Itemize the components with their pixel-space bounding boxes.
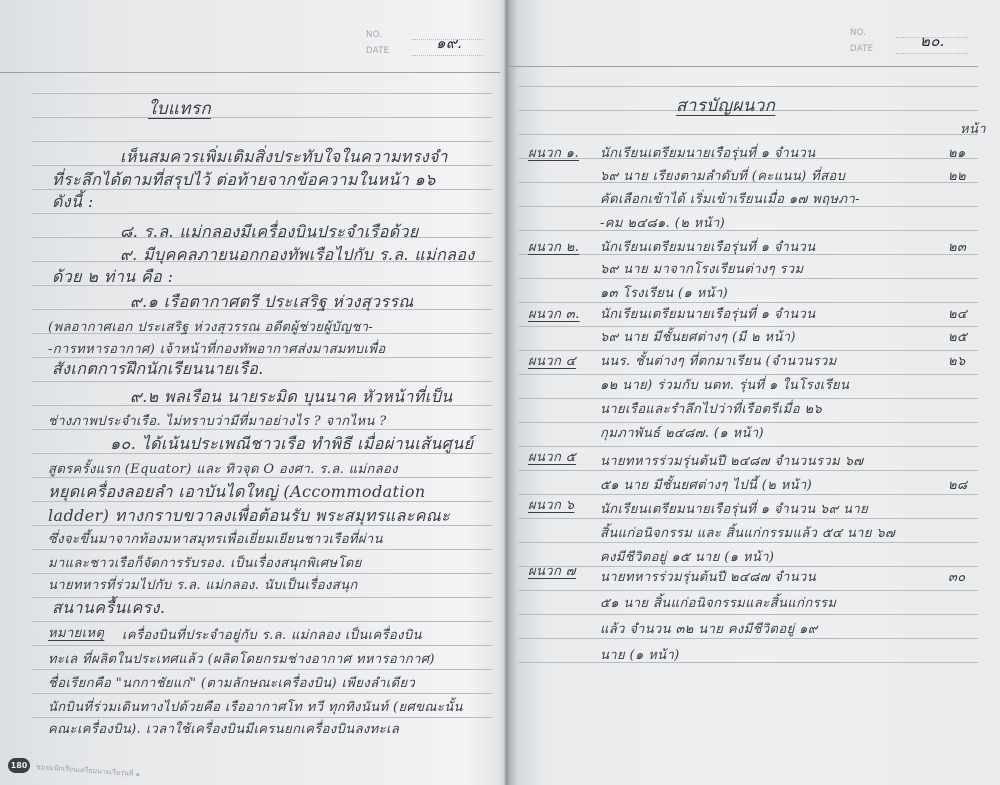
page-ref: ๒๘ [948,474,967,495]
annex-label: ผนวก ๑. [528,142,579,163]
open-notebook: NO. DATE ๑๙. ใบแทรก เห็นส [0,0,1000,785]
page-ref: ๒๕ [948,326,967,347]
text-line: ช่างภาพประจำเรือ. ไม่ทราบว่ามีที่มาอย่าง… [48,410,387,431]
page-ref: ๒๖ [948,350,966,371]
entry-line: ๖๙ นาย มีชั้นยศต่างๆ (มี ๒ หน้า) [600,326,796,347]
text-line: คณะเครื่องบิน). เวลาใช้เครื่องบินมีเครนย… [48,718,399,739]
entry-line: คงมีชีวิตอยู่ ๑๕ นาย (๑ หน้า) [600,546,774,567]
text-line: -การทหารอากาศ) เจ้าหน้าที่กองทัพอากาศส่ง… [48,338,386,359]
note-label: หมายเหตุ [48,622,104,643]
annex-label: ผนวก ๗ [528,560,576,581]
text-line: ซึ่งจะขึ้นมาจากท้องมหาสมุทรเพื่อเยี่ยมเย… [48,528,383,549]
entry-line: ๑๒ นาย) ร่วมกับ นตท. รุ่นที่ ๑ ในโรงเรีย… [600,374,849,395]
right-page: NO. DATE ๒๐. สารบัญผนวก หน้า [508,0,1000,785]
entry-line: นนร. ชั้นต่างๆ ที่ตกมาเรียน (จำนวนรวม [600,350,837,371]
annex-label: ผนวก ๔ [528,350,576,371]
text-line: ๘. ร.ล. แม่กลองมีเครื่องบินประจำเรือด้วย [120,220,419,245]
entry-line: ๕๑ นาย มีชั้นยศต่างๆ ไปนี้ (๒ หน้า) [600,474,812,495]
entry-line: ๕๑ นาย สิ้นแก่อนิจกรรมและสิ้นแก่กรรม [600,592,836,613]
annex-label: ผนวก ๖ [528,494,574,515]
entry-line: กุมภาพันธ์ ๒๔๘๗. (๑ หน้า) [600,422,764,443]
entry-line: นายทหารร่วมรุ่นต้นปี ๒๔๘๗ จำนวนรวม ๖๗ [600,450,863,471]
annex-label: ผนวก ๒. [528,236,579,257]
text-line: ชื่อเรียกคือ "นกกาชัยแก่" (ตามลักษณะเครื… [48,672,415,693]
entry-line: คัดเลือกเข้าได้ เริ่มเข้าเรียนเมื่อ ๑๗ พ… [600,188,860,209]
right-page-title: สารบัญผนวก [676,92,775,119]
page-ref: ๒๔ [948,303,967,324]
page-ref: ๒๓ [948,236,966,257]
text-line: หยุดเครื่องลอยลำ เอาบันไดใหญ่ (Accommoda… [48,480,426,505]
entry-line: -คม ๒๔๘๑. (๒ หน้า) [600,212,725,233]
text-line: มาและชาวเรือก็จัดการรับรอง. เป็นเรื่องสน… [48,552,362,573]
page-ref: ๒๒ [948,165,966,186]
entry-line: สิ้นแก่อนิจกรรม และ สิ้นแก่กรรมแล้ว ๕๔ น… [600,522,895,543]
text-line: สนานครื้นเครง. [52,596,165,621]
text-line: ๑๐. ได้เน้นประเพณีชาวเรือ ทำพิธี เมื่อผ่… [110,432,473,457]
annex-label: ผนวก ๕ [528,446,576,467]
entry-line: นักเรียนเตรียมนายเรือรุ่นที่ ๑ จำนวน [600,142,816,163]
left-page: NO. DATE ๑๙. ใบแทรก เห็นส [0,0,508,785]
entry-line: ๖๙ นาย มาจากโรงเรียนต่างๆ รวม [600,258,804,279]
text-line: ที่ระลึกได้ตามที่สรุปไว้ ต่อท้ายจากข้อคว… [52,168,436,193]
page-ref: ๓๐ [948,566,966,587]
entry-line: นักเรียนเตรียมนายเรือรุ่นที่ ๑ จำนวน [600,303,816,324]
text-line: ด้วย ๒ ท่าน คือ : [52,265,173,290]
entry-line: นักเรียนเตรียมนายเรือรุ่นที่ ๑ จำนวน [600,236,816,257]
entry-line: นักเรียนเตรียมนายเรือรุ่นที่ ๑ จำนวน ๖๙ … [600,498,868,519]
entry-line: นาย (๑ หน้า) [600,644,680,665]
page-number-badge: 180 [8,758,30,773]
entry-line: ๑๓ โรงเรียน (๑ หน้า) [600,282,728,303]
text-line: ทะเล ที่ผลิตในประเทศแล้ว (ผลิตโดยกรมช่าง… [48,648,435,669]
entry-line: นายเรือและรำลึกไปว่าที่เรือตรีเมื่อ ๒๖ [600,398,822,419]
text-line: ดังนี้ : [52,190,94,215]
page-ref: ๒๑ [948,142,966,163]
left-page-title: ใบแทรก [148,95,211,122]
text-line: นายทหารที่ร่วมไปกับ ร.ล. แม่กลอง. นับเป็… [48,574,358,595]
annex-label: ผนวก ๓. [528,303,580,324]
text-line: (พลอากาศเอก ประเสริฐ ห่วงสุวรรณ อดีตผู้ช… [48,316,373,337]
entry-line: แล้ว จำนวน ๓๒ นาย คงมีชีวิตอยู่ ๑๙ [600,618,818,639]
page-column-header: หน้า [960,118,986,139]
text-line: สังเกตการฝึกนักเรียนนายเรือ. [52,357,264,382]
text-line: ๙.๑ เรือตากาศตรี ประเสริฐ ห่วงสุวรรณ [130,290,414,315]
text-line: ๙.๒ พลเรือน นายระมิด บุนนาค หัวหน้าที่เป… [130,385,453,410]
text-line: ladder) ทางกราบขวาลงเพื่อต้อนรับ พระสมุท… [48,504,450,529]
entry-line: นายทหารร่วมรุ่นต้นปี ๒๔๘๗ จำนวน [600,566,816,587]
text-line: นักบินที่ร่วมเดินทางไปด้วยคือ เรืออากาศโ… [48,696,463,717]
text-line: เห็นสมควรเพิ่มเติมสิ่งประทับใจในความทรงจ… [120,145,448,170]
text-line: สูตรครั้งแรก (Equator) และ ทิวจุด O องศา… [48,458,398,479]
text-line: เครื่องบินที่ประจำอยู่กับ ร.ล. แม่กลอง เ… [122,624,422,645]
entry-line: ๖๙ นาย เรียงตามลำดับที่ (คะแนน) ที่สอบ [600,165,845,186]
